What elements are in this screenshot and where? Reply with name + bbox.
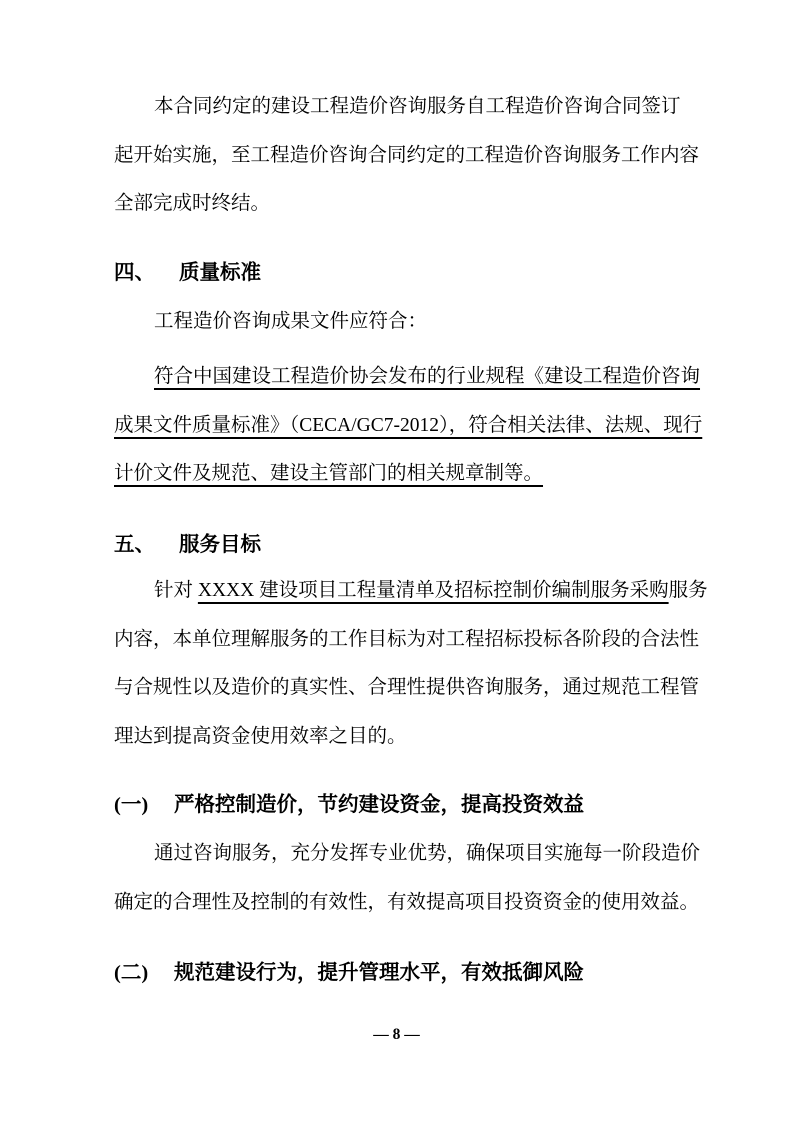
text-line: 针对 XXXX 建设项目工程量清单及招标控制价编制服务采购服务	[114, 567, 682, 616]
heading-section-4-quality-standard: 四、质量标准	[114, 249, 754, 298]
underlined-text: 成果文件质量标准》（CECA/GC7-2012），符合相关法律、法规、现行	[114, 415, 702, 436]
paragraph-service-target: 针对 XXXX 建设项目工程量清单及招标控制价编制服务采购服务 内容，本单位理解…	[114, 567, 682, 761]
text-line: 通过咨询服务，充分发挥专业优势，确保项目实施每一阶段造价	[114, 830, 682, 879]
paragraph-goal-one-body: 通过咨询服务，充分发挥专业优势，确保项目实施每一阶段造价 确定的合理性及控制的有…	[114, 830, 682, 927]
heading-number: 四、	[114, 249, 179, 298]
text-line: 符合中国建设工程造价协会发布的行业规程《建设工程造价咨询	[114, 353, 682, 402]
underlined-text: 计价文件及规范、建设主管部门的相关规章制等。	[114, 463, 556, 484]
text-line: 全部完成时终结。	[114, 180, 682, 229]
paragraph-contract-term: 本合同约定的建设工程造价咨询服务自工程造价咨询合同签订 起开始实施，至工程造价咨…	[114, 83, 682, 229]
heading-number: (二)	[114, 949, 174, 998]
text-line: 起开始实施，至工程造价咨询合同约定的工程造价咨询服务工作内容	[114, 132, 682, 181]
underlined-text: XXXX 建设项目工程量清单及招标控制价编制服务采购	[198, 580, 669, 601]
paragraph-quality-standard-underlined: 符合中国建设工程造价协会发布的行业规程《建设工程造价咨询 成果文件质量标准》（C…	[114, 353, 682, 499]
text-line: 本合同约定的建设工程造价咨询服务自工程造价咨询合同签订	[114, 83, 682, 132]
underlined-text: 符合中国建设工程造价协会发布的行业规程《建设工程造价咨询	[154, 366, 700, 387]
heading-number: (一)	[114, 781, 174, 830]
text-line: 与合规性以及造价的真实性、合理性提供咨询服务，通过规范工程管	[114, 664, 682, 713]
text-line: 成果文件质量标准》（CECA/GC7-2012），符合相关法律、法规、现行	[114, 402, 682, 451]
document-page: 本合同约定的建设工程造价咨询服务自工程造价咨询合同签订 起开始实施，至工程造价咨…	[0, 0, 793, 1122]
heading-title: 质量标准	[179, 262, 261, 284]
heading-title: 规范建设行为，提升管理水平，有效抵御风险	[174, 962, 584, 984]
heading-number: 五、	[114, 521, 179, 570]
page-number-footer: — 8 —	[0, 1021, 793, 1049]
heading-item-2-regulate-construction: (二)规范建设行为，提升管理水平，有效抵御风险	[114, 949, 754, 998]
paragraph-quality-intro: 工程造价咨询成果文件应符合：	[114, 298, 682, 347]
text-line: 确定的合理性及控制的有效性，有效提高项目投资资金的使用效益。	[114, 879, 682, 928]
heading-item-1-cost-control: (一)严格控制造价，节约建设资金，提高投资效益	[114, 781, 754, 830]
plain-text: 针对	[154, 580, 198, 601]
text-line: 工程造价咨询成果文件应符合：	[114, 298, 682, 347]
heading-section-5-service-target: 五、服务目标	[114, 521, 754, 570]
plain-text: 服务	[669, 580, 708, 601]
text-line: 计价文件及规范、建设主管部门的相关规章制等。	[114, 450, 682, 499]
heading-title: 服务目标	[179, 534, 261, 556]
heading-title: 严格控制造价，节约建设资金，提高投资效益	[174, 794, 584, 816]
text-line: 内容，本单位理解服务的工作目标为对工程招标投标各阶段的合法性	[114, 616, 682, 665]
text-line: 理达到提高资金使用效率之目的。	[114, 713, 682, 762]
